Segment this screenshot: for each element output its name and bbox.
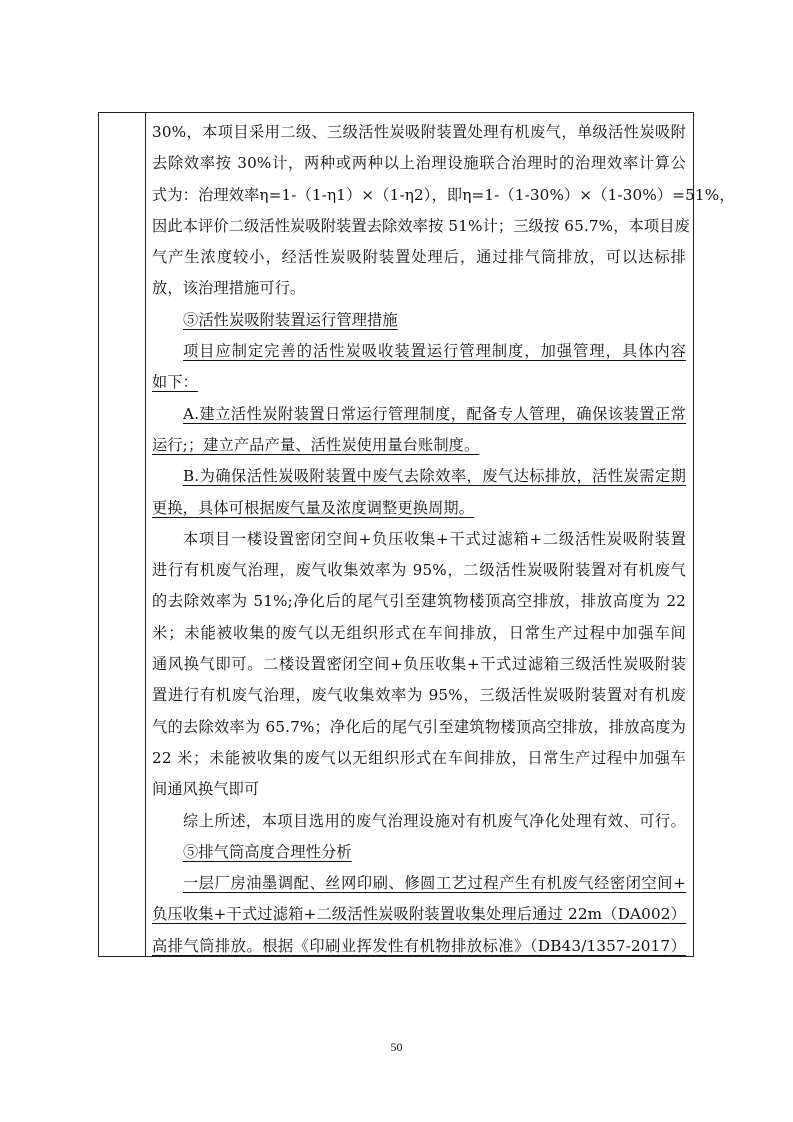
column-divider [145,113,146,956]
text-line-content: 运行;；建立产品产量、活性炭使用量台账制度。 [152,436,479,454]
text-line: 一层厂房油墨调配、丝网印刷、修圆工艺过程产生有机废气经密闭空间+ [152,868,686,899]
text-line-content: 综上所述，本项目选用的废气治理设施对有机废气净化处理有效、可行。 [183,806,686,837]
text-line-content: 的去除效率为 51%;净化后的尾气引至建筑物楼顶高空排放，排放高度为 22 [152,586,686,617]
text-line: 高排气筒排放。根据《印刷业挥发性有机物排放标准》（DB43/1357-2017） [152,931,686,962]
text-line: 通风换气即可。二楼设置密闭空间+负压收集+干式过滤箱三级活性炭吸附装 [152,649,686,680]
text-line-content: 负压收集+干式过滤箱+二级活性炭吸附装置收集处理后通过 22m（DA002） [152,899,686,930]
text-line-content: 如下： [152,373,198,391]
text-line-content: 通风换气即可。二楼设置密闭空间+负压收集+干式过滤箱三级活性炭吸附装 [152,649,686,680]
text-line: 去除效率按 30%计，两种或两种以上治理设施联合治理时的治理效率计算公 [152,148,686,179]
text-line: 放，该治理措施可行。 [152,273,686,304]
text-line: 如下： [152,367,686,398]
page-number: 50 [0,1040,793,1055]
text-line-content: 高排气筒排放。根据《印刷业挥发性有机物排放标准》（DB43/1357-2017） [152,931,686,962]
text-line: 22 米；未能被收集的废气以无组织形式在车间排放，日常生产过程中加强车 [152,743,686,774]
text-line: 综上所述，本项目选用的废气治理设施对有机废气净化处理有效、可行。 [152,806,686,837]
text-line: 本项目一楼设置密闭空间+负压收集+干式过滤箱+二级活性炭吸附装置 [152,524,686,555]
text-line: 式为：治理效率η=1-（1-η1）×（1-η2），即η=1-（1-30%）×（1… [152,180,686,211]
text-line-content: 因此本评价二级活性炭吸附装置去除效率按 51%计；三级按 65.7%，本项目废 [152,211,686,242]
text-line: A.建立活性炭附装置日常运行管理制度，配备专人管理，确保该装置正常 [152,399,686,430]
text-line: B.为确保活性炭吸附装置中废气去除效率，废气达标排放，活性炭需定期 [152,461,686,492]
text-line-content: 米；未能被收集的废气以无组织形式在车间排放，日常生产过程中加强车间 [152,618,686,649]
text-line-content: 间通风换气即可 [152,780,259,798]
text-line-content: 放，该治理措施可行。 [152,279,305,297]
text-line: 气产生浓度较小，经活性炭吸附装置处理后，通过排气筒排放，可以达标排 [152,242,686,273]
text-line-content: 去除效率按 30%计，两种或两种以上治理设施联合治理时的治理效率计算公 [152,148,686,179]
text-line-content: 气产生浓度较小，经活性炭吸附装置处理后，通过排气筒排放，可以达标排 [152,242,686,273]
text-line-content: ⑤排气筒高度合理性分析 [183,843,352,861]
text-line: ⑤排气筒高度合理性分析 [152,837,686,868]
text-line-content: 气的去除效率为 65.7%；净化后的尾气引至建筑物楼顶高空排放，排放高度为 [152,712,686,743]
text-line: 因此本评价二级活性炭吸附装置去除效率按 51%计；三级按 65.7%，本项目废 [152,211,686,242]
text-line: 负压收集+干式过滤箱+二级活性炭吸附装置收集处理后通过 22m（DA002） [152,899,686,930]
text-line-content: 一层厂房油墨调配、丝网印刷、修圆工艺过程产生有机废气经密闭空间+ [183,868,686,899]
text-line: 30%，本项目采用二级、三级活性炭吸附装置处理有机废气，单级活性炭吸附 [152,117,686,148]
content-table: 30%，本项目采用二级、三级活性炭吸附装置处理有机废气，单级活性炭吸附去除效率按… [98,112,694,957]
text-line: ⑤活性炭吸附装置运行管理措施 [152,305,686,336]
text-line-content: 本项目一楼设置密闭空间+负压收集+干式过滤箱+二级活性炭吸附装置 [183,524,686,555]
text-line: 运行;；建立产品产量、活性炭使用量台账制度。 [152,430,686,461]
text-line: 进行有机废气治理，废气收集效率为 95%，二级活性炭吸附装置对有机废气 [152,555,686,586]
text-line-content: B.为确保活性炭吸附装置中废气去除效率，废气达标排放，活性炭需定期 [183,461,686,492]
text-line-content: 22 米；未能被收集的废气以无组织形式在车间排放，日常生产过程中加强车 [152,743,686,774]
text-line: 间通风换气即可 [152,774,686,805]
text-line-content: A.建立活性炭附装置日常运行管理制度，配备专人管理，确保该装置正常 [183,399,686,430]
text-line: 项目应制定完善的活性炭吸收装置运行管理制度，加强管理，具体内容 [152,336,686,367]
text-line: 气的去除效率为 65.7%；净化后的尾气引至建筑物楼顶高空排放，排放高度为 [152,712,686,743]
text-line-content: 项目应制定完善的活性炭吸收装置运行管理制度，加强管理，具体内容 [183,336,686,367]
text-line-content: 置进行有机废气治理，废气收集效率为 95%，三级活性炭吸附装置对有机废 [152,680,686,711]
table-content-cell: 30%，本项目采用二级、三级活性炭吸附装置处理有机废气，单级活性炭吸附去除效率按… [152,117,686,962]
text-line: 置进行有机废气治理，废气收集效率为 95%，三级活性炭吸附装置对有机废 [152,680,686,711]
text-line: 更换，具体可根据废气量及浓度调整更换周期。 [152,493,686,524]
text-line-content: 进行有机废气治理，废气收集效率为 95%，二级活性炭吸附装置对有机废气 [152,555,686,586]
text-line-content: 更换，具体可根据废气量及浓度调整更换周期。 [152,499,474,517]
text-line-content: ⑤活性炭吸附装置运行管理措施 [183,311,398,329]
text-line: 米；未能被收集的废气以无组织形式在车间排放，日常生产过程中加强车间 [152,618,686,649]
text-line-content: 30%，本项目采用二级、三级活性炭吸附装置处理有机废气，单级活性炭吸附 [152,117,686,148]
text-line: 的去除效率为 51%;净化后的尾气引至建筑物楼顶高空排放，排放高度为 22 [152,586,686,617]
text-line-content: 式为：治理效率η=1-（1-η1）×（1-η2），即η=1-（1-30%）×（1… [152,180,686,211]
